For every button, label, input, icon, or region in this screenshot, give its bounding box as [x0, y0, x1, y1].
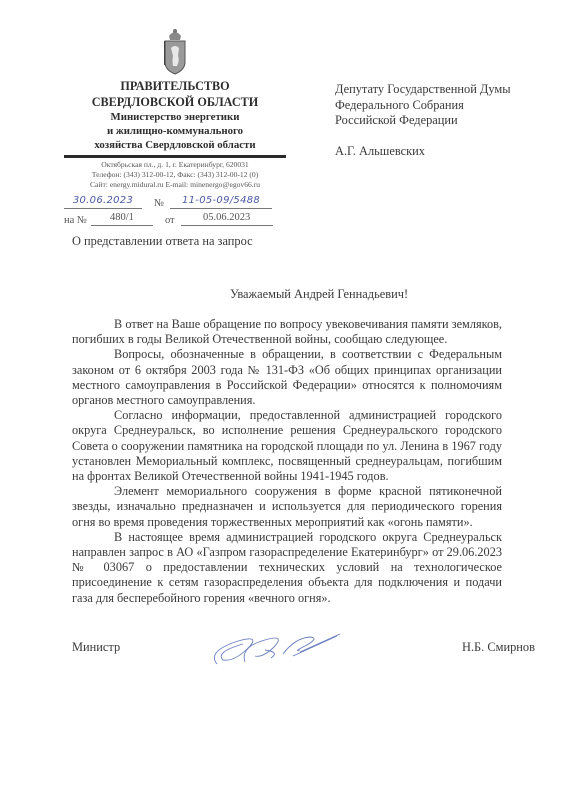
body-paragraph: Согласно информации, предоставленной адм… — [72, 408, 502, 484]
outgoing-date: 30.06.2023 — [64, 194, 142, 209]
letter-subject: О представлении ответа на запрос — [72, 234, 253, 249]
coat-of-arms-icon — [160, 26, 190, 76]
addressee-block: Депутату Государственной Думы Федерально… — [335, 82, 511, 159]
reference-registration-row: на № 480/1 от 05.06.2023 — [64, 209, 294, 226]
outgoing-registration-row: 30.06.2023 № 11-05-09/5488 — [64, 192, 294, 209]
addressee-line3: Российской Федерации — [335, 113, 511, 129]
ministry-address: Октябрьская пл., д. 1, г. Екатеринбург, … — [64, 160, 286, 170]
reference-from-label: от — [165, 215, 175, 226]
body-paragraph: Вопросы, обозначенные в обращении, в соо… — [72, 347, 502, 408]
body-paragraph: Элемент мемориального сооружения в форме… — [72, 484, 502, 530]
ministry-name-line3: хозяйства Свердловской области — [64, 138, 286, 152]
outgoing-number: 11-05-09/5488 — [170, 194, 272, 209]
handwritten-signature-icon — [205, 622, 345, 672]
ministry-name-line1: Министерство энергетики — [64, 110, 286, 124]
letterhead-divider — [64, 155, 286, 158]
addressee-line2: Федерального Собрания — [335, 98, 511, 114]
addressee-name: А.Г. Альшевских — [335, 144, 511, 160]
ministry-phone: Телефон: (343) 312-00-12, Факс: (343) 31… — [64, 170, 286, 180]
registration-block: 30.06.2023 № 11-05-09/5488 на № 480/1 от… — [64, 192, 294, 226]
body-paragraph: В настоящее время администрацией городск… — [72, 530, 502, 606]
government-name-line1: ПРАВИТЕЛЬСТВО — [64, 78, 286, 94]
letter-body: В ответ на Ваше обращение по вопросу уве… — [72, 317, 502, 606]
ministry-web: Сайт: energy.midural.ru E-mail: minenerg… — [64, 180, 286, 190]
number-label: № — [154, 198, 164, 209]
signatory-name: Н.Б. Смирнов — [462, 640, 535, 655]
reference-label: на № — [64, 215, 87, 226]
government-name-line2: СВЕРДЛОВСКОЙ ОБЛАСТИ — [64, 94, 286, 110]
reference-date: 05.06.2023 — [181, 211, 273, 226]
salutation: Уважаемый Андрей Геннадьевич! — [230, 287, 408, 302]
ministry-name-line2: и жилищно-коммунального — [64, 124, 286, 138]
body-paragraph: В ответ на Ваше обращение по вопросу уве… — [72, 317, 502, 347]
reference-number: 480/1 — [91, 211, 153, 226]
signatory-title: Министр — [72, 640, 120, 655]
addressee-line1: Депутату Государственной Думы — [335, 82, 511, 98]
letterhead: ПРАВИТЕЛЬСТВО СВЕРДЛОВСКОЙ ОБЛАСТИ Минис… — [64, 26, 286, 191]
